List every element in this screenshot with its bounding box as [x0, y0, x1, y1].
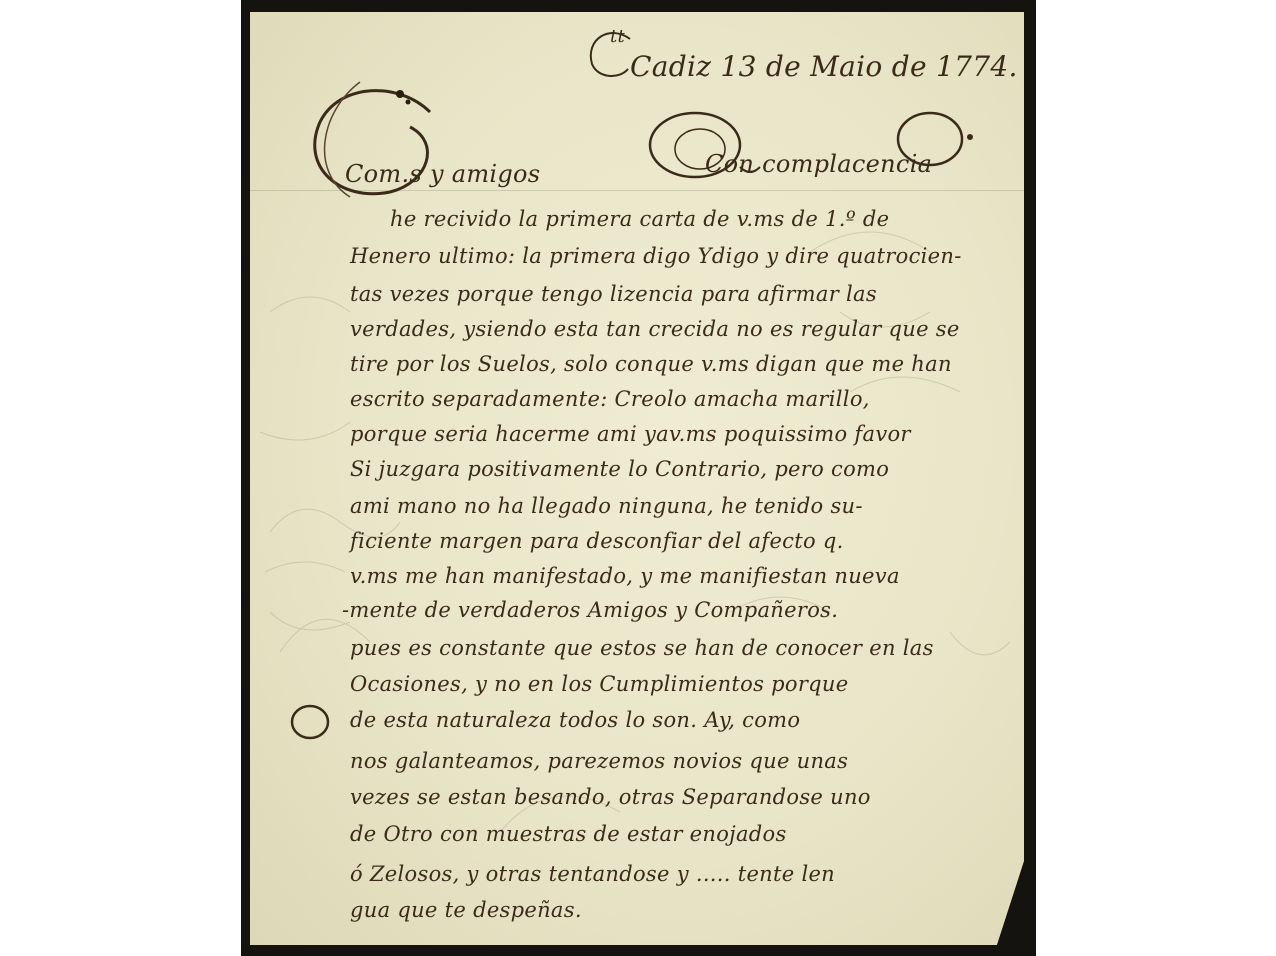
letter-line: Henero ultimo: la primera digo Ydigo y d…	[350, 244, 962, 268]
letter-line: ficiente margen para desconfiar del afec…	[350, 529, 844, 553]
salutation: Com.s y amigos	[345, 160, 540, 188]
letter-line: tire por los Suelos, solo conque v.ms di…	[350, 352, 952, 376]
letter-line: de esta naturaleza todos lo son. Ay, com…	[350, 708, 800, 732]
letter-line: escrito separadamente: Creolo amacha mar…	[350, 387, 870, 411]
letter-line: pues es constante que estos se han de co…	[350, 636, 934, 660]
place-date: Cadiz 13 de Maio de 1774.	[630, 50, 1018, 83]
letter-paper: tt Cadiz 13 de Maio de 1774. Com.s y ami…	[250, 12, 1024, 945]
letter-line: tas vezes porque tengo lizencia para afi…	[350, 282, 877, 306]
fold-line	[250, 190, 1024, 191]
letter-line: Si juzgara positivamente lo Contrario, p…	[350, 457, 889, 481]
capital-o-flourish-icon	[285, 697, 335, 747]
letter-line: porque seria hacerme ami yav.ms poquissi…	[350, 422, 911, 446]
letter-line: ó Zelosos, y otras tentandose y ..... te…	[350, 862, 835, 886]
letter-line: Ocasiones, y no en los Cumplimientos por…	[350, 672, 848, 696]
capital-c-flourish-icon	[290, 72, 450, 212]
header-mark: tt	[610, 26, 625, 47]
letter-line: nos galanteamos, parezemos novios que un…	[350, 749, 848, 773]
letter-line: -mente de verdaderos Amigos y Compañeros…	[342, 598, 838, 622]
letter-line: he recivido la primera carta de v.ms de …	[390, 207, 889, 231]
letter-line: gua que te despeñas.	[350, 898, 582, 922]
letter-line: de Otro con muestras de estar enojados	[350, 822, 787, 846]
letter-line: vezes se estan besando, otras Separandos…	[350, 785, 871, 809]
letter-line: Con complacencia	[705, 150, 932, 178]
letter-line: verdades, ysiendo esta tan crecida no es…	[350, 317, 960, 341]
letter-line: v.ms me han manifestado, y me manifiesta…	[350, 564, 900, 588]
letter-line: ami mano no ha llegado ninguna, he tenid…	[350, 494, 863, 518]
